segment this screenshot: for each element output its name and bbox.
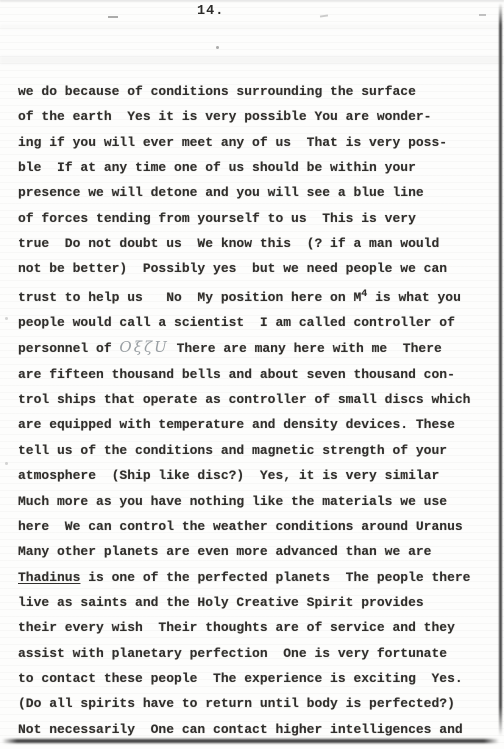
ink-speck — [479, 14, 486, 16]
typed-segment: ble If at any time one of us should be w… — [18, 160, 416, 175]
typed-segment: is what you — [367, 290, 461, 305]
typed-line: ing if you will ever meet any of us That… — [18, 130, 488, 155]
typed-segment: Thadinus — [18, 570, 80, 585]
ink-speck — [216, 46, 219, 49]
typed-line: live as saints and the Holy Creative Spi… — [18, 590, 488, 615]
typed-segment: their every wish Their thoughts are of s… — [18, 620, 455, 635]
typed-line: are equipped with temperature and densit… — [18, 412, 488, 437]
typed-line: people would call a scientist I am calle… — [18, 310, 488, 335]
typed-line: of the earth Yes it is very possible You… — [18, 104, 488, 129]
typed-segment: to contact these people The experience i… — [18, 671, 463, 686]
typed-line: to contact these people The experience i… — [18, 666, 488, 691]
typed-line: trol ships that operate as controller of… — [18, 387, 488, 412]
document-page: 14. we do because of conditions surround… — [0, 0, 504, 749]
page-edge-shadow-bottom — [2, 739, 499, 743]
typed-line: personnel of ΟξζU There are many here wi… — [18, 335, 488, 361]
typed-segment: (Do all spirits have to return until bod… — [18, 696, 455, 711]
typed-segment: personnel of — [18, 341, 119, 356]
scan-streak — [0, 56, 504, 64]
typed-line: true Do not doubt us We know this (? if … — [18, 231, 488, 256]
typed-segment: of forces tending from yourself to us Th… — [18, 211, 416, 226]
typed-segment: true Do not doubt us We know this (? if … — [18, 236, 439, 251]
typed-line: trust to help us No My position here on … — [18, 282, 488, 310]
page-edge-shadow-right — [499, 3, 502, 736]
typed-line: their every wish Their thoughts are of s… — [18, 615, 488, 640]
typed-line: of forces tending from yourself to us Th… — [18, 206, 488, 231]
typed-segment: we do because of conditions surrounding … — [18, 84, 416, 99]
typed-line: ble If at any time one of us should be w… — [18, 155, 488, 180]
typed-segment: are fifteen thousand bells and about sev… — [18, 367, 455, 382]
typed-segment: of the earth Yes it is very possible You… — [18, 109, 431, 124]
typed-segment: Many other planets are even more advance… — [18, 544, 431, 559]
typed-line: Thadinus is one of the perfected planets… — [18, 565, 488, 590]
typed-line: Many other planets are even more advance… — [18, 539, 488, 564]
page-edge-shadow-top — [0, 0, 504, 2]
typed-segment: people would call a scientist I am calle… — [18, 315, 455, 330]
typed-segment: trol ships that operate as controller of… — [18, 392, 470, 407]
typed-segment: tell us of the conditions and magnetic s… — [18, 443, 447, 458]
typed-segment: Not necessarily One can contact higher i… — [18, 722, 463, 737]
typed-segment: is one of the perfected planets The peop… — [80, 570, 470, 585]
typed-segment: Much more as you have nothing like the m… — [18, 494, 447, 509]
typed-line: presence we will detone and you will see… — [18, 180, 488, 205]
typed-line: are fifteen thousand bells and about sev… — [18, 362, 488, 387]
ink-speck — [5, 317, 8, 320]
typed-line: Much more as you have nothing like the m… — [18, 489, 488, 514]
ink-speck — [320, 14, 328, 17]
typed-segment: not be better) Possibly yes but we need … — [18, 261, 447, 276]
handwritten-symbol: ΟξζU — [119, 338, 168, 356]
ink-speck — [5, 462, 8, 465]
typed-line: here We can control the weather conditio… — [18, 514, 488, 539]
typed-line: (Do all spirits have to return until bod… — [18, 691, 488, 716]
typed-line: tell us of the conditions and magnetic s… — [18, 438, 488, 463]
typed-segment: live as saints and the Holy Creative Spi… — [18, 595, 424, 610]
typed-line: not be better) Possibly yes but we need … — [18, 256, 488, 281]
typed-segment: ing if you will ever meet any of us That… — [18, 135, 447, 150]
typed-segment: trust to help us No My position here on … — [18, 290, 361, 305]
typed-line: atmosphere (Ship like disc?) Yes, it is … — [18, 463, 488, 488]
typed-segment: here We can control the weather conditio… — [18, 519, 463, 534]
scan-streak — [0, 25, 504, 29]
typed-line: assist with planetary perfection One is … — [18, 641, 488, 666]
typed-segment: assist with planetary perfection One is … — [18, 646, 447, 661]
typed-segment: are equipped with temperature and densit… — [18, 417, 455, 432]
typed-segment: There are many here with me There — [169, 341, 442, 356]
typed-line: we do because of conditions surrounding … — [18, 79, 488, 104]
typed-text-block: we do because of conditions surrounding … — [18, 79, 488, 742]
page-number: 14. — [197, 4, 224, 19]
typed-segment: atmosphere (Ship like disc?) Yes, it is … — [18, 468, 439, 483]
typed-segment: presence we will detone and you will see… — [18, 185, 424, 200]
ink-speck — [108, 16, 118, 18]
